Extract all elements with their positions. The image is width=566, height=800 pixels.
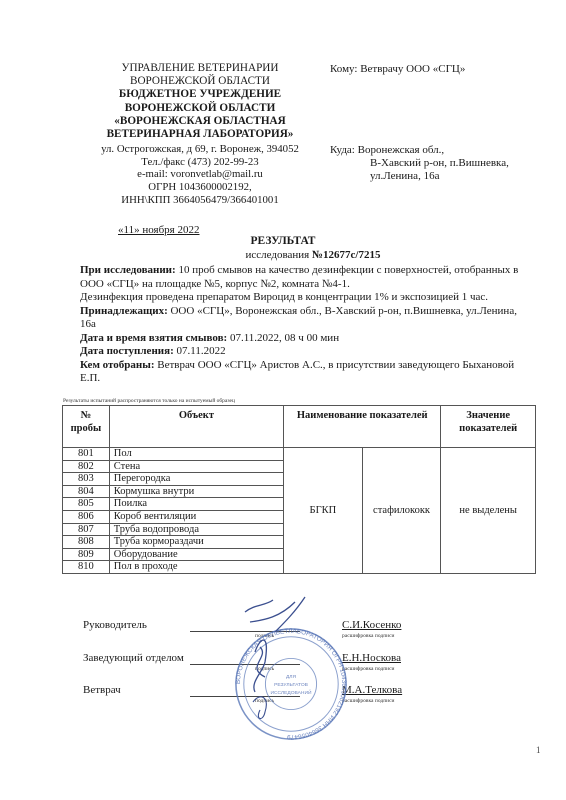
collected-label: Кем отобраны: xyxy=(80,359,155,371)
sampling-datetime: Дата и время взятия смывов: 07.11.2022, … xyxy=(80,332,530,346)
sample-number: 805 xyxy=(63,498,110,511)
research-label: При исследовании: xyxy=(80,264,176,276)
org-contacts: ул. Острогожская, д 69, г. Воронеж, 3940… xyxy=(80,143,320,206)
org-bold-line: БЮДЖЕТНОЕ УЧРЕЖДЕНИЕ xyxy=(80,88,320,101)
header-indicator-value: Значение показателей xyxy=(441,406,536,448)
org-inn-kpp: ИНН\КПП 3664056479/366401001 xyxy=(80,194,320,207)
signature-role: Ветврач xyxy=(83,684,121,696)
sample-object: Оборудование xyxy=(109,548,283,561)
sample-object: Стена xyxy=(109,460,283,473)
signer-name: Е.Н.Носкова xyxy=(342,652,401,664)
indicator-bgkp: БГКП xyxy=(284,448,363,574)
sample-number: 808 xyxy=(63,536,110,549)
org-email: e-mail: voronvetlab@mail.ru xyxy=(80,168,320,181)
recipient-to: Кому: Ветврачу ООО «СГЦ» xyxy=(330,63,465,75)
org-ogrn: ОГРН 1043600002192, xyxy=(80,181,320,194)
received-text: 07.11.2022 xyxy=(174,345,226,357)
sample-object: Поилка xyxy=(109,498,283,511)
table-note: Результаты испытаний распространяются то… xyxy=(63,398,235,404)
recipient-address-line: В-Хавский р-он, п.Вишневка, xyxy=(330,157,509,170)
recipient-address-line: ул.Ленина, 16а xyxy=(330,170,509,183)
sample-object: Пол xyxy=(109,448,283,461)
document-subtitle: исследования №12677с/7215 xyxy=(0,249,566,261)
sampling-label: Дата и время взятия смывов: xyxy=(80,332,227,344)
signer-name: М.А.Телкова xyxy=(342,684,402,696)
org-line: ВОРОНЕЖСКОЙ ОБЛАСТИ xyxy=(80,75,320,88)
recipient-address-line: Куда: Воронежская обл., xyxy=(330,144,509,157)
org-phone: Тел./факс (473) 202-99-23 xyxy=(80,156,320,169)
sample-object: Труба кормораздачи xyxy=(109,536,283,549)
table-row: 801ПолБГКПстафилококкне выделены xyxy=(63,448,536,461)
header-object: Объект xyxy=(109,406,283,448)
research-description: При исследовании: 10 проб смывов на каче… xyxy=(80,264,530,291)
received-date: Дата поступления: 07.11.2022 xyxy=(80,345,530,359)
header-indicator-name: Наименование показателей xyxy=(284,406,441,448)
page-number: 1 xyxy=(536,745,541,755)
signer-name: С.И.Косенко xyxy=(342,619,401,631)
sample-number: 806 xyxy=(63,510,110,523)
sample-number: 802 xyxy=(63,460,110,473)
subtitle-prefix: исследования xyxy=(246,249,313,261)
sample-number: 810 xyxy=(63,561,110,574)
owner-label: Принадлежащих: xyxy=(80,305,168,317)
sample-number: 809 xyxy=(63,548,110,561)
sample-object: Труба водопровода xyxy=(109,523,283,536)
sampling-text: 07.11.2022, 08 ч 00 мин xyxy=(227,332,339,344)
research-info: При исследовании: 10 проб смывов на каче… xyxy=(80,264,530,386)
sample-object: Короб вентиляции xyxy=(109,510,283,523)
recipient-address: Куда: Воронежская обл., В-Хавский р-он, … xyxy=(330,144,509,183)
collected-by: Кем отобраны: Ветврач ООО «СГЦ» Аристов … xyxy=(80,359,530,386)
org-bold-line: ВЕТЕРИНАРНАЯ ЛАБОРАТОРИЯ» xyxy=(80,128,320,141)
indicator-staph: стафилококк xyxy=(362,448,441,574)
received-label: Дата поступления: xyxy=(80,345,174,357)
owner-description: Принадлежащих: ООО «СГЦ», Воронежская об… xyxy=(80,305,530,332)
organization-header: УПРАВЛЕНИЕ ВЕТЕРИНАРИИ ВОРОНЕЖСКОЙ ОБЛАС… xyxy=(80,62,320,206)
sample-object: Перегородка xyxy=(109,473,283,486)
document-title: РЕЗУЛЬТАТ xyxy=(0,235,566,247)
handwritten-signatures xyxy=(225,592,315,742)
sample-number: 801 xyxy=(63,448,110,461)
sample-number: 804 xyxy=(63,485,110,498)
org-line: УПРАВЛЕНИЕ ВЕТЕРИНАРИИ xyxy=(80,62,320,75)
table-header-row: № пробы Объект Наименование показателей … xyxy=(63,406,536,448)
sample-number: 807 xyxy=(63,523,110,536)
sample-object: Пол в проходе xyxy=(109,561,283,574)
signature-role: Руководитель xyxy=(83,619,147,631)
header-sample-number: № пробы xyxy=(63,406,110,448)
org-bold-line: ВОРОНЕЖСКОЙ ОБЛАСТИ xyxy=(80,102,320,115)
results-table: № пробы Объект Наименование показателей … xyxy=(62,405,536,574)
sample-object: Кормушка внутри xyxy=(109,485,283,498)
indicator-value: не выделены xyxy=(441,448,536,574)
org-address: ул. Острогожская, д 69, г. Воронеж, 3940… xyxy=(80,143,320,156)
signature-role: Заведующий отделом xyxy=(83,652,184,664)
disinfection-description: Дезинфекция проведена препаратом Вироцид… xyxy=(80,291,530,305)
org-bold-line: «ВОРОНЕЖСКАЯ ОБЛАСТНАЯ xyxy=(80,115,320,128)
sample-number: 803 xyxy=(63,473,110,486)
research-number: №12677с/7215 xyxy=(312,249,381,261)
